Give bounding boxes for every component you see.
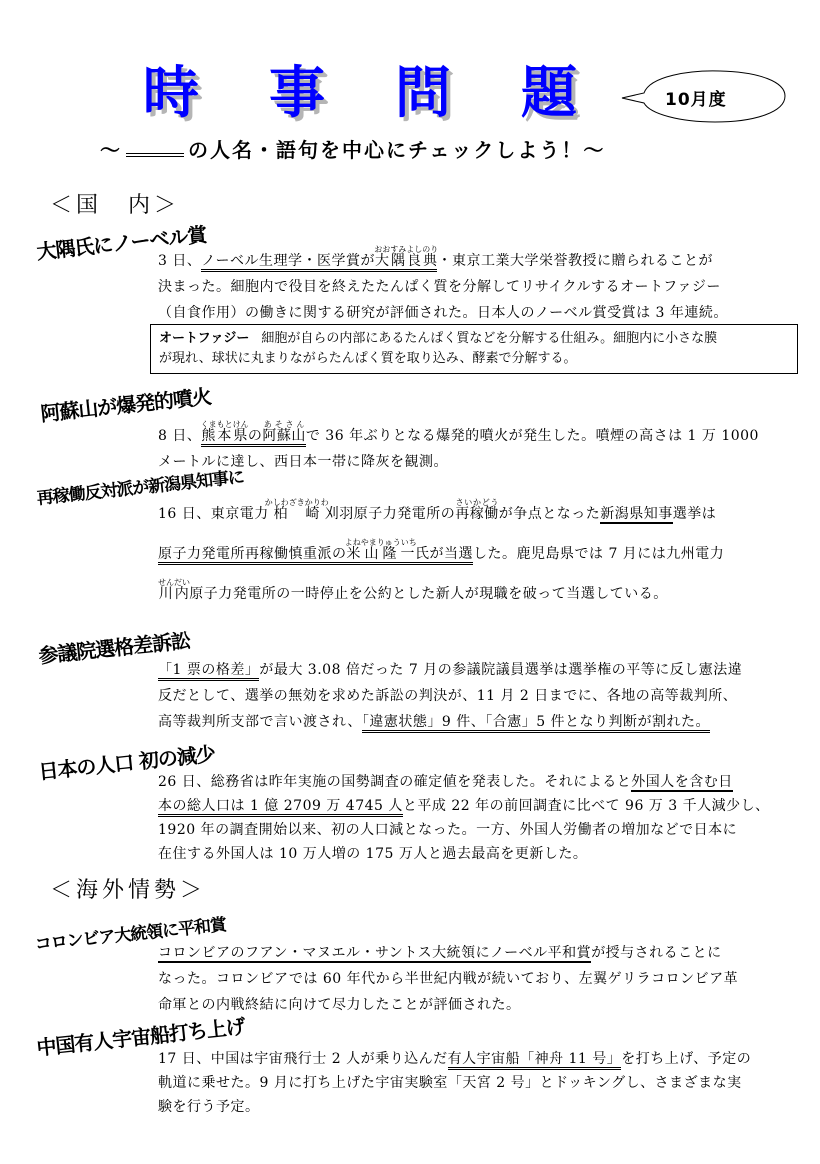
article-body: 26 日、総務省は昨年実施の国勢調査の確定値を発表した。それによると外国人を含む… [158, 770, 783, 866]
subtitle: ～の人名・語句を中心にチェックしよう！～ [100, 134, 605, 163]
section-domestic: ＜国 内＞ [50, 188, 180, 219]
article-body: コロンビアのフアン・マヌエル・サントス大統領にノーベル平和賞が授与されることに … [158, 940, 783, 1018]
worksheet-page: 時 事 問 題 10月度 ～の人名・語句を中心にチェックしよう！～ ＜国 内＞ … [0, 0, 820, 1164]
section-overseas: ＜海外情勢＞ [50, 873, 206, 904]
page-title: 時 事 問 題 [143, 62, 577, 132]
month-label: 10月度 [665, 85, 727, 110]
article-body: 「1 票の格差」が最大 3.08 倍だった 7 月の参議院議員選挙は選挙権の平等… [158, 657, 783, 735]
title-char: 問 [395, 62, 451, 132]
article-body: 16 日、東京電力柏崎かしわざきかりわ刈羽原子力発電所の再稼働さいかどうが争点と… [158, 494, 783, 614]
blank-line [126, 139, 184, 157]
article-body: 17 日、中国は宇宙飛行士 2 人が乗り込んだ有人宇宙船「神舟 11 号」を打ち… [158, 1047, 783, 1119]
article-body: 8 日、熊本県くまもとけんの阿蘇山あそさんで 36 年ぶりとなる爆発的噴火が発生… [158, 420, 783, 475]
title-char: 題 [521, 62, 577, 132]
title-char: 事 [269, 62, 325, 132]
month-speech-bubble: 10月度 [610, 66, 790, 126]
article-body: 3 日、ノーベル生理学・医学賞が大隅良典おおすみよしのり・東京工業大学栄誉教授に… [158, 245, 783, 326]
definition-term: オートファジー [159, 331, 249, 346]
definition-box: オートファジー細胞が自らの内部にあるたんぱく質などを分解する仕組み。細胞内に小さ… [150, 324, 798, 374]
title-char: 時 [143, 62, 199, 132]
